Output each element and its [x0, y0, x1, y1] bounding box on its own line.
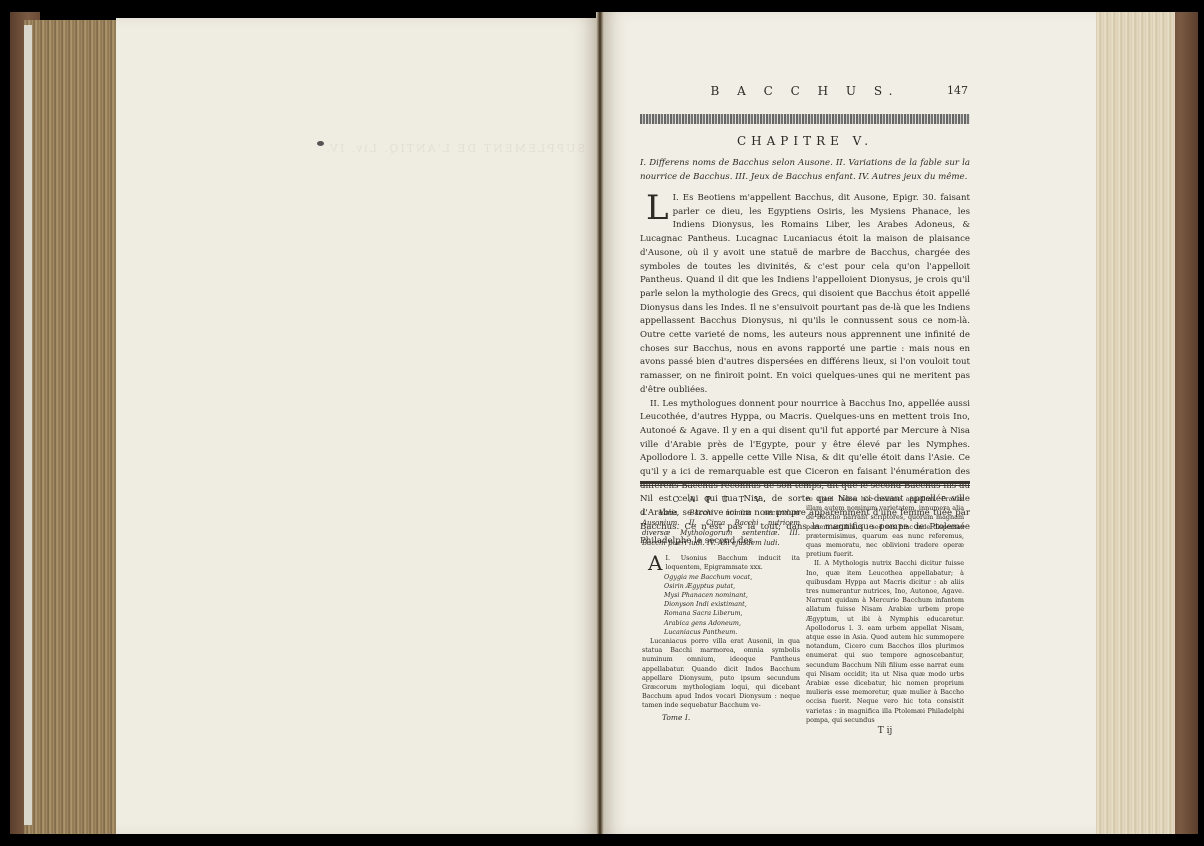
running-head-title: B A C C H U S. [711, 84, 900, 98]
verse-line: Ogygia me Bacchum vocat, [642, 573, 800, 582]
page-edges-right [1095, 12, 1175, 834]
paragraph-1: I. L Es Beotiens m'appellent Bacchus, di… [640, 192, 970, 398]
latin-section-number: I. [665, 554, 670, 562]
verse-line: Lucaniacus Pantheum. [642, 628, 800, 637]
show-through-text: SUPPLEMENT DE L'ANTIQ. Liv. IV. [255, 142, 585, 155]
chapter-summary: I. Differens noms de Bacchus selon Auson… [640, 156, 970, 184]
section-rule [640, 481, 970, 484]
latin-intro-text: Usonius Bacchum inducit ita loquentem, E… [665, 554, 800, 571]
verse-line: Mysi Phanacen nominant, [642, 591, 800, 600]
latin-summary: I. Varia Bacchi nomina secundum Ausonium… [642, 508, 800, 548]
verse-line: Osirin Ægyptus putat, [642, 582, 800, 591]
section-number: I. [673, 193, 679, 203]
running-head: B A C C H U S. 147 [640, 84, 970, 106]
caput-title: C A P U T V. [642, 495, 800, 504]
signature-mark: Tome I. [642, 713, 800, 722]
page-edges-left [24, 20, 116, 834]
verse-line: Dionyson Indi existimant, [642, 600, 800, 609]
latin-intro: I. A Usonius Bacchum inducit ita loquent… [642, 554, 800, 572]
right-page-content: B A C C H U S. 147 CHAPITRE V. I. Differ… [640, 84, 970, 548]
chapter-title: CHAPITRE V. [640, 134, 970, 148]
latin-right-text-1: re apud Indos hoc nomine appellari. Præt… [806, 495, 964, 559]
page-edge-strip [24, 25, 32, 825]
page-number: 147 [947, 84, 968, 97]
verse-line: Arabica gens Adoneum, [642, 619, 800, 628]
drop-cap: L [646, 194, 669, 222]
section-rule-thin [640, 485, 970, 486]
ornament-band [640, 114, 970, 124]
paragraph-1-text: Es Beotiens m'appellent Bacchus, dit Aus… [640, 193, 970, 395]
left-page [116, 18, 600, 834]
gathering-signature: T ij [806, 727, 964, 736]
latin-column-right: re apud Indos hoc nomine appellari. Præt… [806, 495, 964, 736]
verse-line: Romana Sacra Liberum, [642, 609, 800, 618]
latin-column-left: C A P U T V. I. Varia Bacchi nomina secu… [642, 495, 800, 722]
latin-right-text-2: II. A Mythologis nutrix Bacchi dicitur f… [806, 559, 964, 725]
book-gutter [596, 12, 604, 834]
latin-left-text: Lucaniacus porro villa erat Ausonii, in … [642, 637, 800, 711]
latin-drop-cap: A [648, 555, 662, 572]
